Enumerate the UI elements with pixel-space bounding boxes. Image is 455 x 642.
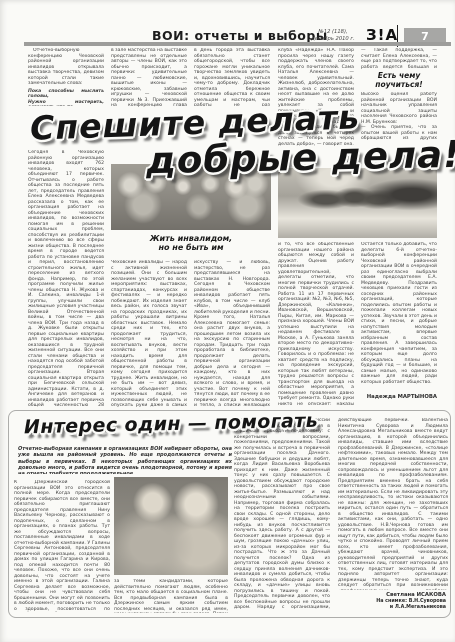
article2-signature-name: Светлана ИСАКОВА (338, 592, 446, 598)
article1-body-col3: искусству — и любовь, мастерство, не раз… (194, 260, 270, 408)
article1-intro-col2: в зале мастерства на выставке представле… (111, 48, 187, 108)
photo-two-women (114, 477, 228, 575)
article1-headline-line2: добрые дела! (146, 133, 455, 183)
section-title: ВОИ: отчеты и выборы (152, 28, 328, 43)
article2-col3: дателя соответствующей комиссии ОЗС. Отч… (234, 418, 330, 610)
article1-intro-col3: в День города эта выставка обязательно с… (194, 48, 270, 106)
article1-body-col5: Остается только добавить, что делегаты 6… (361, 242, 437, 390)
article1-intro-col1: Отчетно-выборную конференцию Чеховской р… (28, 48, 104, 106)
article2-lead: Отчетно-выборная кампания в организациях… (18, 446, 232, 474)
newspaper-page: ВОИ: отчеты и выборы №12 (118), декабрь … (0, 0, 455, 642)
article1-signature: Надежда МАРТЫНОВА (361, 394, 437, 400)
article1-intro-col5: — Такая поддержка, — считает Елена Алекс… (361, 48, 437, 70)
article2-col4: действующие первички. Валентина Никитичн… (338, 418, 448, 590)
article2-col1: К Дзержинской городской организации ВОИ … (14, 480, 110, 612)
issue-info: №12 (118), декабрь 2010 г. (305, 29, 361, 42)
intro-col1-text: Отчетно-выборную конференцию Чеховской р… (28, 48, 104, 87)
article1-body-col4: и то, что все общественные организации н… (278, 242, 354, 405)
subhead-learn: Есть чему поучиться! (361, 72, 437, 89)
article1-body-col2: Чеховские инвалиды — народ с активной жи… (111, 260, 187, 408)
article2-signature-caption: На снимке: В.Н.Суворова и Л.А.Мегальнико… (338, 599, 446, 611)
article2-col2: за теми кандидатами, которые действитель… (114, 579, 228, 613)
header-rule (24, 42, 451, 46)
subhead-life: Жить инвалидом, но не быть им (111, 234, 271, 252)
article1-body-col1: Сегодня в Чеховскую районную организацию… (28, 150, 104, 408)
intro-verse: Пока способны мыслить головы, Нужно маст… (28, 89, 104, 107)
